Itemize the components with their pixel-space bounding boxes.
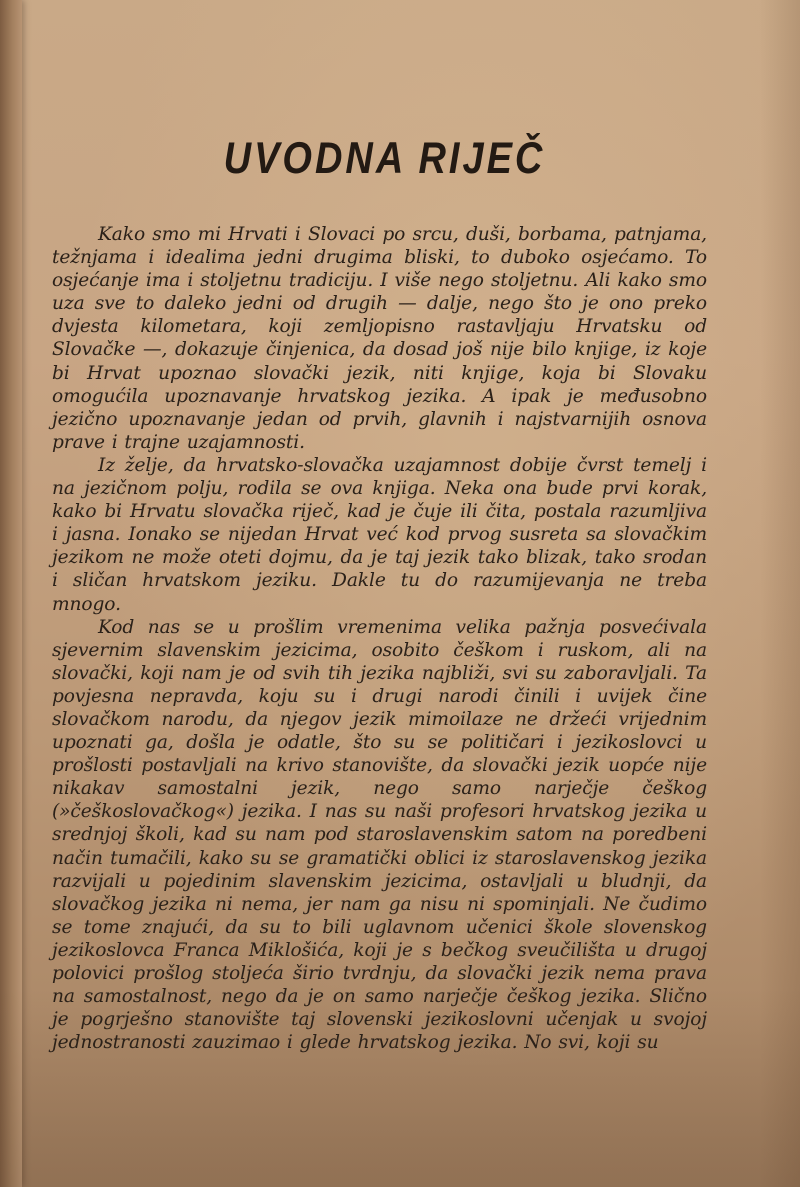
paragraph-3: Kod nas se u prošlim vremenima velika pa…: [52, 616, 707, 1055]
paragraph-2: Iz želje, da hrvatsko-slovačka uzajamnos…: [52, 454, 707, 616]
paragraph-1: Kako smo mi Hrvati i Slovaci po srcu, du…: [52, 223, 707, 454]
book-page: UVODNA RIJEČ Kako smo mi Hrvati i Slovac…: [52, 138, 707, 1054]
page-title: UVODNA RIJEČ: [52, 134, 707, 185]
